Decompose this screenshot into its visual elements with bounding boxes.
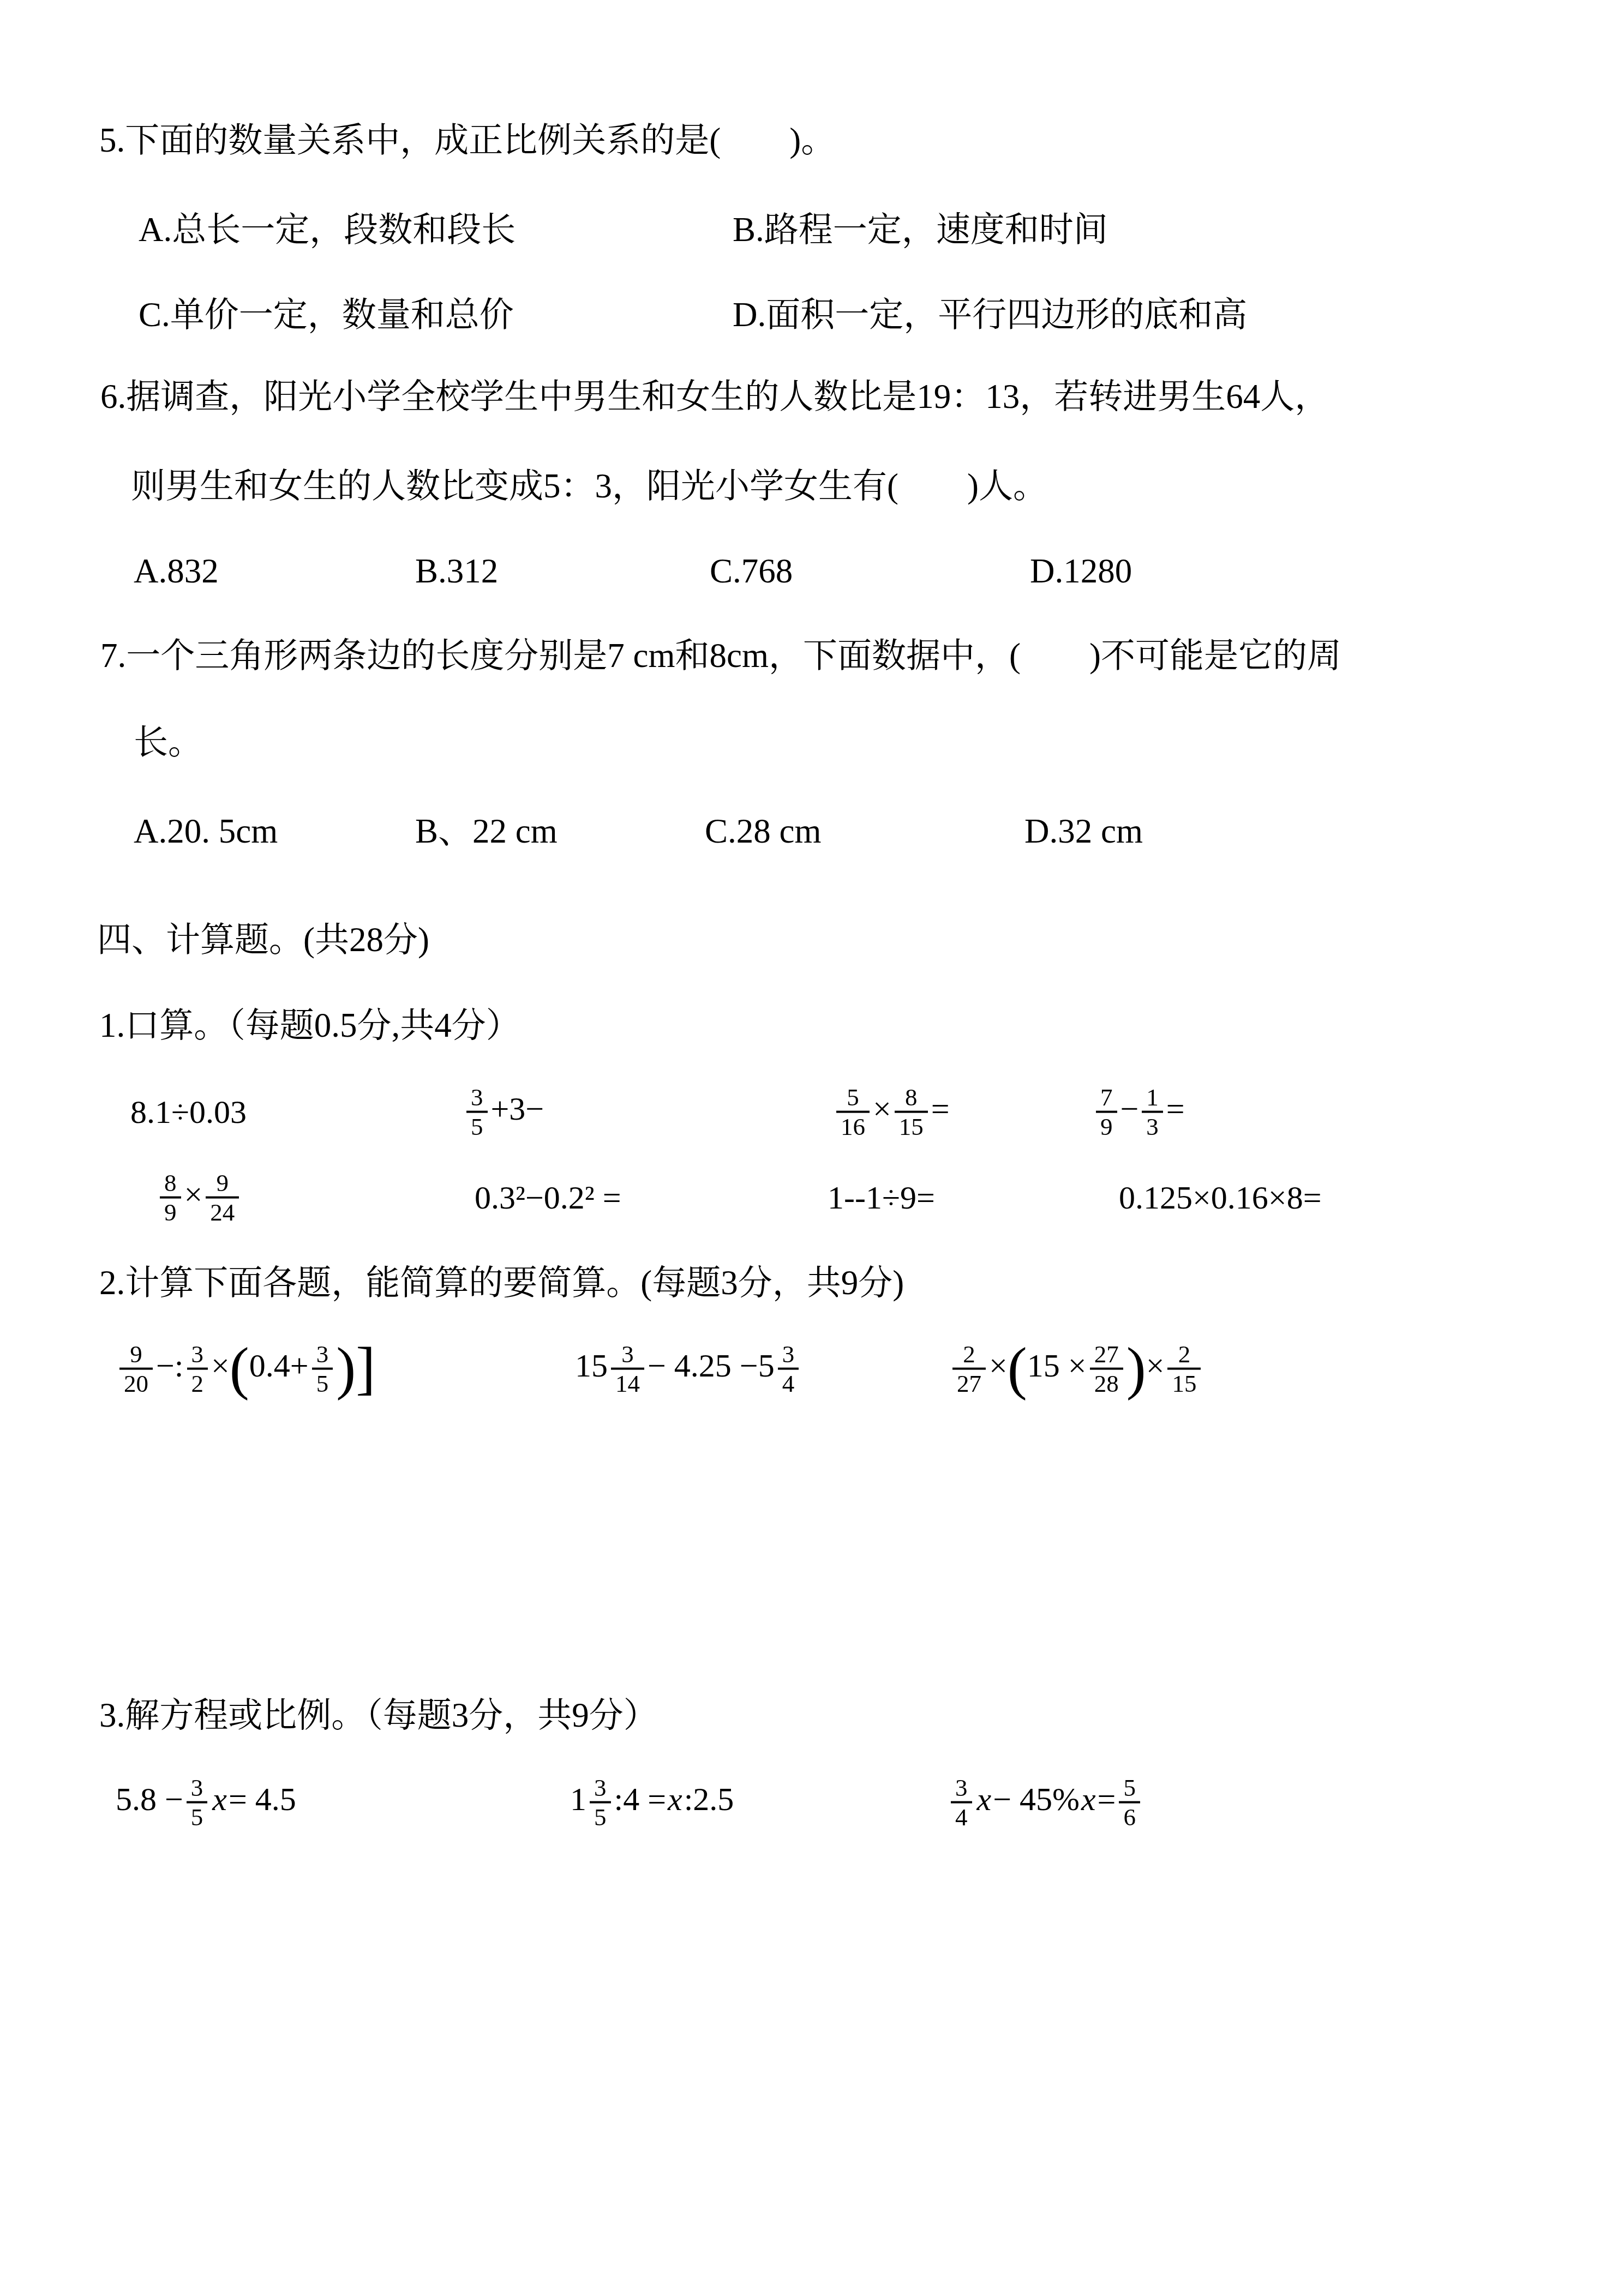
question-6-option-a: A.832 xyxy=(134,552,219,591)
question-7-option-d: D.32 cm xyxy=(1024,812,1143,851)
mental-math-row-1: 8.1÷0.03 35+3− 516×815= 79−13= xyxy=(0,1077,1624,1147)
question-6-stem-line-2: 则男生和女生的人数比变成5：3，阳光小学女生有( )人。 xyxy=(131,467,1047,506)
question-5-stem: 5.下面的数量关系中，成正比例关系的是( )。 xyxy=(99,121,835,160)
question-7-option-c: C.28 cm xyxy=(705,812,822,851)
exam-page: 5.下面的数量关系中，成正比例关系的是( )。 A.总长一定，段数和段长 B.路… xyxy=(0,0,1624,2296)
question-7-stem-line-2: 长。 xyxy=(134,723,202,762)
math-expression-2-3: 1--1÷9= xyxy=(828,1180,935,1216)
simplify-expressions-row: 920−:32×(0.4+35)] 15314− 4.25 −534 227×(… xyxy=(0,1328,1624,1410)
question-5-options-row-2: C.单价一定，数量和总价 D.面积一定，平行四边形的底和高 xyxy=(0,296,1624,345)
equation-2: 135:4 =x:2.5 xyxy=(570,1774,734,1831)
math-expression-2-4: 0.125×0.16×8= xyxy=(1119,1180,1322,1216)
math-expression-1-3: 516×815= xyxy=(833,1084,950,1141)
question-6-option-d: D.1280 xyxy=(1030,552,1132,591)
question-6-stem-line-1: 6.据调查，阳光小学全校学生中男生和女生的人数比是19：13，若转进男生64人， xyxy=(100,377,1329,416)
equation-1: 5.8 −35x= 4.5 xyxy=(116,1774,296,1831)
math-expression-1-1: 8.1÷0.03 xyxy=(130,1094,247,1130)
question-7-options-row: A.20. 5cm B、22 cm C.28 cm D.32 cm xyxy=(0,812,1624,861)
question-5-option-b: B.路程一定，速度和时间 xyxy=(733,211,1108,249)
question-6-options-row: A.832 B.312 C.768 D.1280 xyxy=(0,552,1624,601)
mental-math-row-2: 89×924 0.3²−0.2² = 1--1÷9= 0.125×0.16×8= xyxy=(0,1162,1624,1233)
question-6-option-c: C.768 xyxy=(710,552,793,591)
simplify-expression-2: 15314− 4.25 −534 xyxy=(575,1341,802,1398)
equations-row: 5.8 −35x= 4.5 135:4 =x:2.5 34x− 45%x=56 xyxy=(0,1762,1624,1843)
math-expression-2-2: 0.3²−0.2² = xyxy=(475,1180,621,1216)
math-expression-1-2: 35+3− xyxy=(463,1084,544,1141)
question-5-option-a: A.总长一定，段数和段长 xyxy=(139,211,516,249)
question-6-option-b: B.312 xyxy=(415,552,498,591)
question-7-option-b: B、22 cm xyxy=(415,812,558,851)
math-expression-2-1: 89×924 xyxy=(157,1169,242,1227)
simplify-expression-1: 920−:32×(0.4+35)] xyxy=(116,1341,375,1398)
question-5-option-c: C.单价一定，数量和总价 xyxy=(139,296,514,334)
section-4-title: 四、计算题。(共28分) xyxy=(97,921,429,959)
question-7-stem-line-1: 7.一个三角形两条边的长度分别是7 cm和8cm，下面数据中，( )不可能是它的… xyxy=(100,636,1341,675)
question-5-option-d: D.面积一定，平行四边形的底和高 xyxy=(733,296,1247,334)
math-expression-1-4: 79−13= xyxy=(1093,1084,1185,1141)
question-7-option-a: A.20. 5cm xyxy=(134,812,278,851)
question-5-options-row-1: A.总长一定，段数和段长 B.路程一定，速度和时间 xyxy=(0,211,1624,260)
subsection-1-title: 1.口算。（每题0.5分,共4分） xyxy=(99,1006,520,1045)
equation-3: 34x− 45%x=56 xyxy=(948,1774,1143,1831)
subsection-3-title: 3.解方程或比例。（每题3分，共9分） xyxy=(99,1696,658,1735)
subsection-2-title: 2.计算下面各题，能简算的要简算。(每题3分，共9分) xyxy=(99,1264,904,1302)
simplify-expression-3: 227×(15 ×2728)×215 xyxy=(949,1341,1204,1398)
